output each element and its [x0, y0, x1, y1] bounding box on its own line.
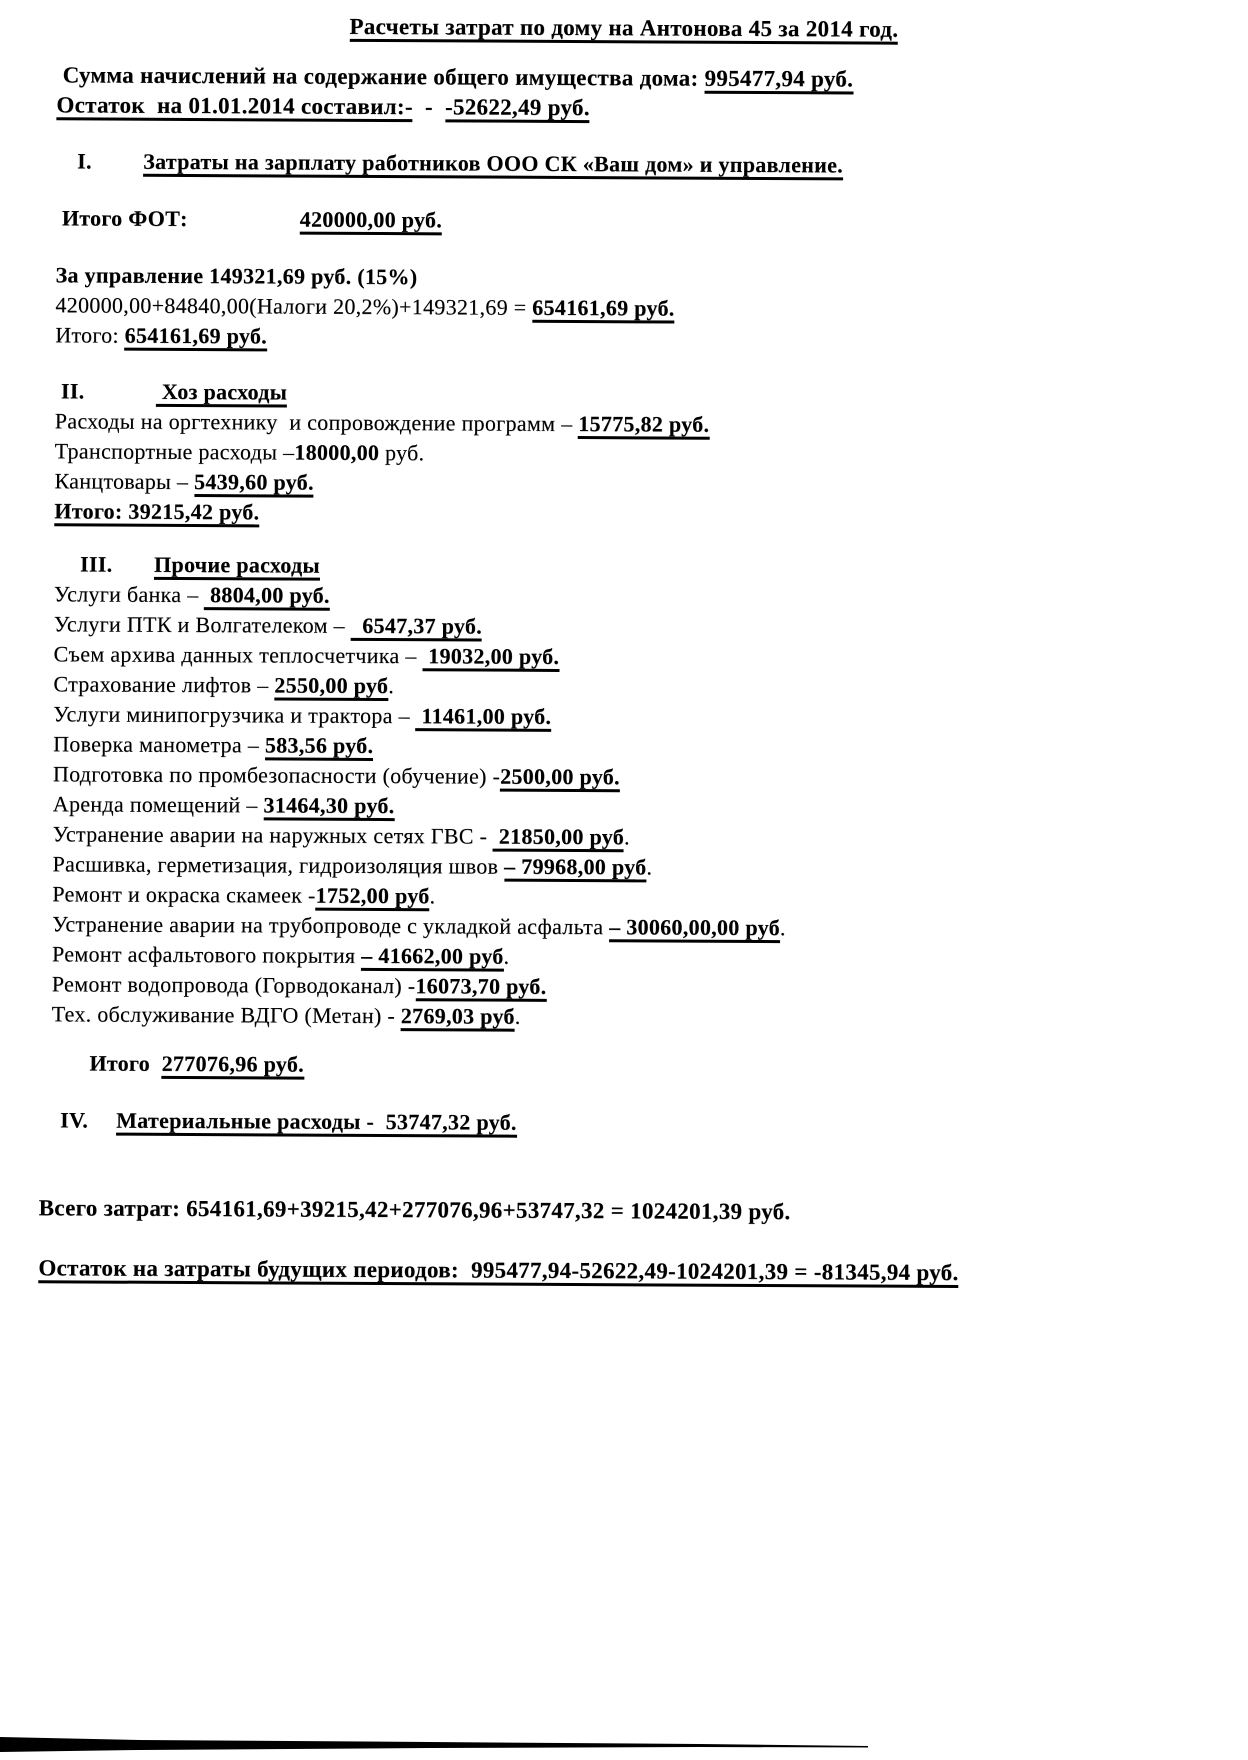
text-segment: 16073,70 руб.: [415, 973, 546, 1002]
text-segment: [188, 226, 300, 227]
text-segment: – 41662,00 руб: [361, 943, 504, 972]
text-segment: 19032,00 руб.: [422, 643, 559, 672]
vdgo-maintenance-line: Тех. обслуживание ВДГО (Метан) - 2769,03…: [0, 999, 1243, 1036]
text-segment: Остаток на 01.01.2014 составил:-: [56, 92, 413, 122]
text-segment: Услуги минипогрузчика и трактора –: [53, 701, 415, 728]
text-segment: Канцтовары –: [54, 468, 194, 494]
scan-artifact-bar: [0, 1734, 880, 1756]
document-title: Расчеты затрат по дому на Антонова 45 за…: [0, 10, 1248, 47]
future-period-balance-line: Остаток на затраты будущих периодов: 995…: [0, 1253, 1241, 1290]
text-segment: 995477,94 руб.: [704, 66, 853, 95]
document-body: Расчеты затрат по дому на Антонова 45 за…: [0, 0, 1248, 1290]
text-segment: 15775,82 руб.: [578, 411, 709, 440]
text-segment: Итого: [89, 1050, 161, 1075]
text-segment: Расчеты затрат по дому на Антонова 45 за…: [349, 14, 898, 45]
text-segment: Устранение аварии на наружных сетях ГВС …: [53, 821, 493, 848]
scanned-document-page: Расчеты затрат по дому на Антонова 45 за…: [0, 0, 1248, 1760]
text-segment: 583,56 руб.: [265, 732, 374, 761]
section-2-numeral: II.: [61, 376, 156, 406]
text-segment: Материальные расходы - 53747,32 руб.: [116, 1108, 517, 1138]
text-segment: 1752,00 руб: [316, 883, 430, 912]
text-segment: Транспортные расходы –: [55, 438, 295, 464]
section-3-numeral: III.: [80, 549, 154, 579]
text-segment: 6547,37 руб.: [351, 613, 483, 642]
text-segment: 2769,03 руб: [401, 1003, 515, 1032]
text-segment: Устранение аварии на трубопроводе с укла…: [52, 911, 609, 939]
text-segment: Ремонт асфальтового покрытия: [52, 941, 361, 968]
text-segment: Итого ФОТ:: [62, 205, 188, 231]
text-segment: Услуги ПТК и Волгателеком –: [54, 611, 351, 638]
grand-total-line: Всего затрат: 654161,69+39215,42+277076,…: [0, 1193, 1242, 1230]
text-segment: Всего затрат: 654161,69+39215,42+277076,…: [39, 1195, 791, 1224]
text-segment: 420000,00+84840,00(Налоги 20,2%)+149321,…: [55, 292, 532, 319]
text-segment: 5439,60 руб.: [194, 469, 314, 498]
text-segment: Итого: 39215,42 руб.: [54, 498, 259, 527]
text-segment: 18000,00: [294, 440, 379, 465]
text-segment: Остаток на затраты будущих периодов: 995…: [38, 1255, 958, 1288]
text-segment: Затраты на зарплату работников ООО СК «В…: [143, 149, 843, 181]
text-segment: 654161,69 руб.: [532, 295, 675, 324]
text-segment: Расходы на оргтехнику и сопровождение пр…: [55, 408, 579, 436]
payroll-fund-total-line: Итого ФОТ:420000,00 руб.: [0, 203, 1247, 240]
section-4-numeral: IV.: [60, 1105, 116, 1135]
text-segment: Ремонт водопровода (Горводоканал) -: [52, 971, 416, 998]
text-segment: – 30060,00,00 руб: [609, 914, 780, 943]
text-segment: .: [780, 915, 786, 940]
text-segment: Хоз расходы: [156, 379, 287, 408]
text-segment: Расшивка, герметизация, гидроизоляция шв…: [52, 851, 504, 878]
text-segment: 31464,30 руб.: [263, 792, 394, 821]
text-segment: -52622,49 руб.: [445, 94, 590, 123]
text-segment: 277076,96 руб.: [162, 1051, 305, 1080]
text-segment: Сумма начислений на содержание общего им…: [63, 62, 705, 90]
section-4-heading: IV.Материальные расходы - 53747,32 руб.: [0, 1105, 1242, 1142]
text-segment: Итого:: [55, 322, 125, 347]
text-segment: Тех. обслуживание ВДГО (Метан) -: [52, 1001, 401, 1028]
section-2-total-line: Итого: 39215,42 руб.: [0, 496, 1245, 533]
text-segment: 420000,00 руб.: [300, 207, 443, 236]
text-segment: Поверка манометра –: [53, 731, 265, 757]
text-segment: 11461,00 руб.: [416, 703, 552, 732]
text-segment: Прочие расходы: [154, 552, 320, 581]
section-1-total-line: Итого: 654161,69 руб.: [0, 320, 1246, 357]
text-segment: -: [413, 94, 445, 119]
text-segment: 2550,00 руб: [274, 672, 388, 701]
section-3-total-line: Итого 277076,96 руб.: [0, 1048, 1242, 1085]
text-segment: 8804,00 руб.: [204, 582, 330, 611]
text-segment: Страхование лифтов –: [53, 671, 274, 697]
text-segment: .: [515, 1004, 521, 1029]
text-segment: 21850,00 руб: [493, 824, 624, 853]
text-segment: Съем архива данных теплосчетчика –: [54, 641, 423, 668]
section-1-heading: I.Затраты на зарплату работников ООО СК …: [0, 146, 1247, 183]
text-segment: .: [503, 944, 509, 969]
text-segment: .: [646, 854, 652, 879]
section-1-numeral: I.: [77, 146, 143, 176]
text-segment: руб.: [379, 440, 424, 465]
opening-balance-line: Остаток на 01.01.2014 составил:- - -5262…: [0, 90, 1248, 127]
text-segment: 2500,00 руб.: [500, 764, 620, 793]
text-segment: .: [388, 673, 394, 698]
text-segment: Аренда помещений –: [53, 791, 264, 817]
text-segment: 654161,69 руб.: [125, 323, 268, 352]
text-segment: .: [624, 824, 630, 849]
text-segment: Услуги банка –: [54, 581, 204, 607]
text-segment: Подготовка по промбезопасности (обучение…: [53, 761, 500, 788]
text-segment: .: [430, 883, 436, 908]
text-segment: За управление 149321,69 руб. (15%): [55, 262, 417, 289]
text-segment: – 79968,00 руб: [504, 854, 647, 883]
text-segment: Ремонт и окраска скамеек -: [52, 881, 315, 907]
